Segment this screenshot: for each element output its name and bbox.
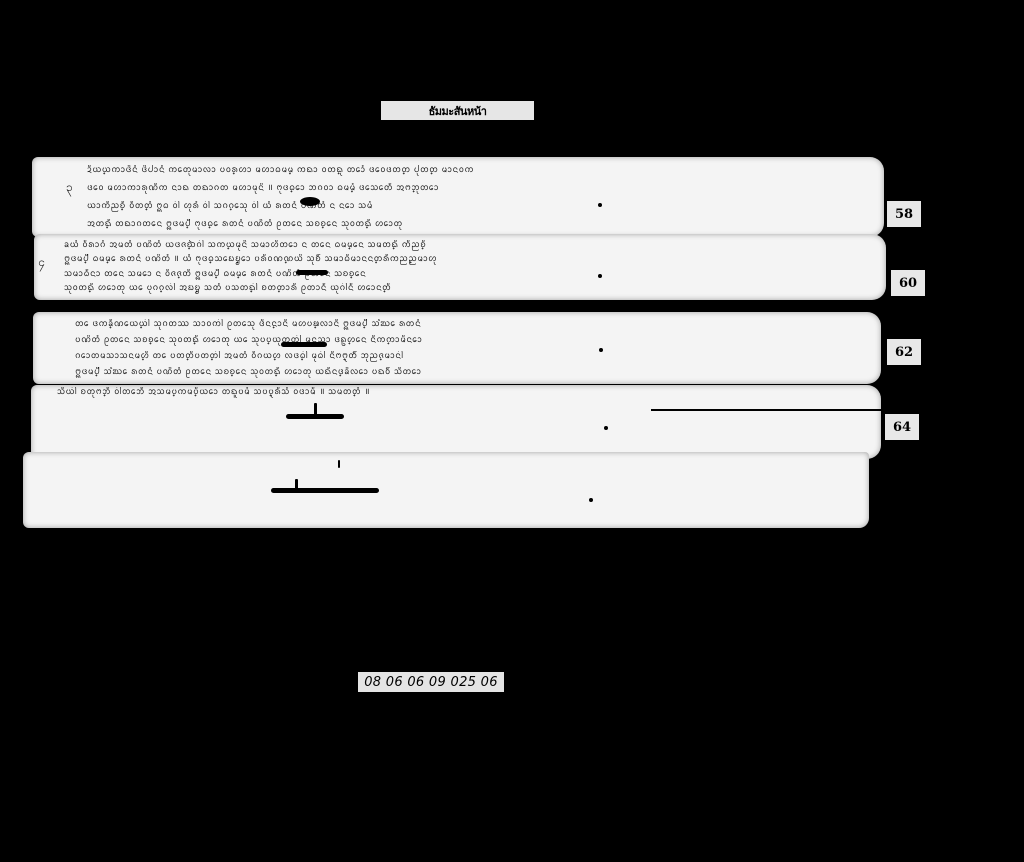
leaf-text-line: ᨲᩮ ᨴᨠ᩠ᨡᩥᨱᩮᨿ᩠ᨿᩤ ᩈᩩᨣᨲᩔ ᩈᩣᩅᨠᩤ ᩑᨲᩮᩈᩩ ᨴᩥᨶ᩠ᨶᩣᨶ… xyxy=(75,319,841,330)
leaf-text-block: ᨯᩥᨿ᩠ᨿᨠᩣᨴᩦᨶᩴ ᨴᩦᨸᩣᨶᩴ ᨠᩮᨲᩩᨾᩣᩃᩣ ᨷᩅ᩠ᩁᩉᩣ ᨾᩉᩣᨵᨾ… xyxy=(87,161,844,233)
leaf-text-block: ᩈᩥᨿᩤ ᨧᨲᩩᨻ᩠ᨽᩥ ᩅᩤᨲᩮᨽᩥ ᩋᩈᨾ᩠ᨷᨠᨾ᩠ᨷᩥᨿᩮᩣ ᨲᨳᩪᨷᨾᩴ… xyxy=(57,387,841,398)
page-number-60: 60 xyxy=(891,270,925,296)
palm-leaf-page-62: ᨲᩮ ᨴᨠ᩠ᨡᩥᨱᩮᨿ᩠ᨿᩤ ᩈᩩᨣᨲᩔ ᩈᩣᩅᨠᩤ ᩑᨲᩮᩈᩩ ᨴᩥᨶ᩠ᨶᩣᨶ… xyxy=(33,312,881,384)
leaf-text-line: ᨴᩮᩅ ᨾᩉᩣᨠᩣᩁᩩᨱᩥᨠ ᨶᩣᨳ ᨲᨳᩣᨣᨲ ᨾᩉᩣᨾᩩᨶᩦ ॥ ᨻᩩᨴ᩠ᨵ… xyxy=(87,183,844,194)
page-number-58: 58 xyxy=(887,201,921,227)
leaf-text-line: ᩋᨲ᩠ᨳᩥ ᨲᨳᩣᨣᨲᩮᨶ ᩍᨴᨾ᩠ᨸᩥ ᨻᩩᨴ᩠ᨵᩮ ᩁᨲᨶᩴ ᨷᨱᩦᨲᩴ ᩑ… xyxy=(87,219,844,230)
palm-leaf-page-58: ၃ ᨯᩥᨿ᩠ᨿᨠᩣᨴᩦᨶᩴ ᨴᩦᨸᩣᨶᩴ ᨠᩮᨲᩩᨾᩣᩃᩣ ᨷᩅ᩠ᩁᩉᩣ ᨾᩉᩣ… xyxy=(32,157,884,237)
leaf-text-line: ᩍᨴᨾ᩠ᨸᩥ ᩈᩘᨥᩮ ᩁᨲᨶᩴ ᨷᨱᩦᨲᩴ ᩑᨲᩮᨶ ᩈᨧ᩠ᨧᩮᨶ ᩈᩩᩅᨲ᩠… xyxy=(75,367,841,378)
binding-hole xyxy=(296,270,328,275)
leaf-text-line: ᨯᩥᨿ᩠ᨿᨠᩣᨴᩦᨶᩴ ᨴᩦᨸᩣᨶᩴ ᨠᩮᨲᩩᨾᩣᩃᩣ ᨷᩅ᩠ᩁᩉᩣ ᨾᩉᩣᨵᨾ… xyxy=(87,165,844,176)
manuscript-title-label: ธัมมะสันหน้า xyxy=(381,101,534,120)
binding-dot xyxy=(295,479,298,491)
page-number-62: 62 xyxy=(887,339,921,365)
leaf-text-line: ᨷᨱᩦᨲᩴ ᩑᨲᩮᨶ ᩈᨧ᩠ᨧᩮᨶ ᩈᩩᩅᨲ᩠ᨳᩥ ᩉᩮᩣᨲᩩ ᨿᩮ ᩈᩩᨷ᩠ᨷ… xyxy=(75,335,841,346)
leaf-text-block: ᨲᩮ ᨴᨠ᩠ᨡᩥᨱᩮᨿ᩠ᨿᩤ ᩈᩩᨣᨲᩔ ᩈᩣᩅᨠᩤ ᩑᨲᩮᩈᩩ ᨴᩥᨶ᩠ᨶᩣᨶ… xyxy=(75,316,841,380)
palm-leaf-page-64: ᩈᩥᨿᩤ ᨧᨲᩩᨻ᩠ᨽᩥ ᩅᩤᨲᩮᨽᩥ ᩋᩈᨾ᩠ᨷᨠᨾ᩠ᨷᩥᨿᩮᩣ ᨲᨳᩪᨷᨾᩴ… xyxy=(31,385,881,459)
page-number-64: 64 xyxy=(885,414,919,440)
binding-dot xyxy=(589,498,593,502)
binding-dot xyxy=(314,403,317,415)
leaf-text-line: ᩈᩩᩅᨲ᩠ᨳᩥ ᩉᩮᩣᨲᩩ ᨿᩮ ᨷᩩᨣ᩠ᨣᩃᩤ ᩋᨭ᩠ᨮ ᩈᨲᩴ ᨷᩈᨲ᩠ᨳᩤ… xyxy=(64,283,846,294)
leaf-text-block: ᨡᨿᩴ ᩅᩥᩁᩣᨣᩴ ᩋᨾᨲᩴ ᨷᨱᩦᨲᩴ ᨿᨴᨩ᩠ᨫᨣᩤ ᩈᨠ᩠ᨿᨾᩩᨶᩦ ᩈ… xyxy=(64,238,846,296)
leaf-text-line: ᨿᩣᨠᩥᨬ᩠ᨧᩥ ᩅᩥᨲ᩠ᨲᩴ ᩍᨵ ᩅᩤ ᩉᩩᩁᩴ ᩅᩤ ᩈᨣ᩠ᨣᩮᩈᩩ ᩅᩤ… xyxy=(87,201,844,212)
leaf-margin-mark: ၃ xyxy=(66,179,73,197)
leaf-text-line: ᨣᩮᩣᨲᨾᩈᩣᩈᨶᨾ᩠ᩉᩥ ᨲᩮ ᨷᨲ᩠ᨲᩥᨷᨲ᩠ᨲᩤ ᩋᨾᨲᩴ ᩅᩥᨣᨿ᩠ᩉ … xyxy=(75,351,841,362)
binding-hole xyxy=(300,197,320,206)
leaf-text-line: ᩈᨾᩣᨵᩥᨶᩣ ᨲᩮᨶ ᩈᨾᩮᩣ ᨶ ᩅᩥᨩ᩠ᨩᨲᩥ ᩍᨴᨾ᩠ᨸᩥ ᨵᨾ᩠ᨾᩮ … xyxy=(64,269,846,280)
leaf-text-line: ᨡᨿᩴ ᩅᩥᩁᩣᨣᩴ ᩋᨾᨲᩴ ᨷᨱᩦᨲᩴ ᨿᨴᨩ᩠ᨫᨣᩤ ᩈᨠ᩠ᨿᨾᩩᨶᩦ ᩈ… xyxy=(64,240,846,251)
palm-leaf-blank xyxy=(23,452,869,528)
leaf-text-line: ᩍᨴᨾ᩠ᨸᩥ ᨵᨾ᩠ᨾᩮ ᩁᨲᨶᩴ ᨷᨱᩦᨲᩴ ॥ ᨿᩴ ᨻᩩᨴ᩠ᨵᩈᩮᨭ᩠ᨮᩮ… xyxy=(64,254,846,265)
leaf-crack xyxy=(651,409,881,411)
binding-dot xyxy=(338,460,340,468)
binding-dot xyxy=(598,203,602,207)
palm-leaf-page-60: ၄ ᨡᨿᩴ ᩅᩥᩁᩣᨣᩴ ᩋᨾᨲᩴ ᨷᨱᩦᨲᩴ ᨿᨴᨩ᩠ᨫᨣᩤ ᩈᨠ᩠ᨿᨾᩩᨶᩦ… xyxy=(34,234,886,300)
leaf-text-line: ᩈᩥᨿᩤ ᨧᨲᩩᨻ᩠ᨽᩥ ᩅᩤᨲᩮᨽᩥ ᩋᩈᨾ᩠ᨷᨠᨾ᩠ᨷᩥᨿᩮᩣ ᨲᨳᩪᨷᨾᩴ… xyxy=(57,387,841,398)
binding-hole xyxy=(281,342,327,347)
binding-hole xyxy=(271,488,379,493)
leaf-margin-mark: ၄ xyxy=(38,254,45,272)
binding-dot xyxy=(604,426,608,430)
microfilm-reel-code: 08 06 06 09 025 06 xyxy=(358,672,504,692)
binding-dot xyxy=(599,348,603,352)
binding-dot xyxy=(598,274,602,278)
